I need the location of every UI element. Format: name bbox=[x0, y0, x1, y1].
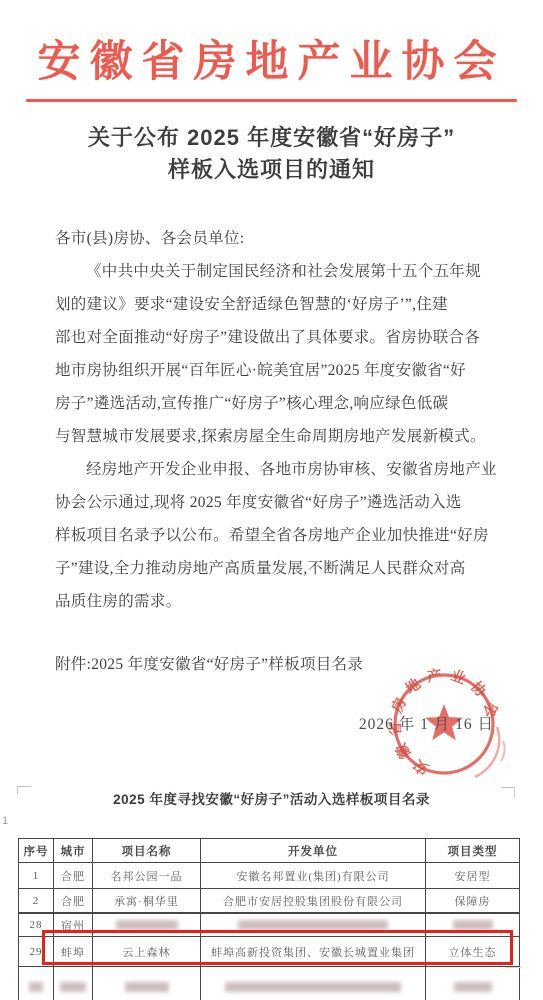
body-line: 地市房协组织开展“百年匠心·皖美宜居”2025 年度安徽省“好 bbox=[55, 354, 493, 387]
table-header-type: 项目类型 bbox=[426, 839, 519, 862]
redacted-text bbox=[60, 982, 86, 992]
appendix-table-bottom: 28宿州29蚌埠云上森林蚌埠高新投资集团、安徽长城置业集团立体生态 bbox=[18, 913, 520, 1000]
table-cell-developer: 合肥市安居控股集团股份有限公司 bbox=[201, 889, 426, 912]
body-line: 品质住房的需求。 bbox=[55, 585, 493, 618]
paragraphs: 《中共中央关于制定国民经济和社会发展第十五个五年规划的建议》要求“建设安全舒适绿… bbox=[55, 255, 493, 618]
body-line: 与智慧城市发展要求,探索房屋全生命周期房地产发展新模式。 bbox=[55, 420, 493, 453]
doc-title: 关于公布 2025 年度安徽省“好房子” 样板入选项目的通知 bbox=[0, 122, 543, 186]
table-cell-city: 合肥 bbox=[54, 863, 93, 888]
redacted-text bbox=[125, 982, 169, 992]
table-row bbox=[19, 967, 519, 1000]
table-cell-no: 28 bbox=[19, 914, 54, 936]
table-cell-name: 名邦公园一品 bbox=[93, 863, 201, 888]
table-row: 29蚌埠云上森林蚌埠高新投资集团、安徽长城置业集团立体生态 bbox=[19, 937, 519, 967]
redacted-text bbox=[454, 982, 492, 992]
seal-smudge bbox=[501, 741, 505, 761]
redacted-text bbox=[29, 982, 43, 992]
table-cell-no: 2 bbox=[19, 889, 54, 912]
redacted-text bbox=[225, 982, 401, 992]
body-line: 《中共中央关于制定国民经济和社会发展第十五个五年规 bbox=[55, 255, 493, 288]
table-cell-developer bbox=[201, 967, 426, 1000]
redacted-text bbox=[238, 920, 388, 930]
table-header-row: 序号城市项目名称开发单位项目类型 bbox=[19, 839, 519, 863]
seal-smudge bbox=[475, 727, 499, 777]
table-cell-type: 立体生态 bbox=[426, 937, 519, 966]
table-header-no: 序号 bbox=[19, 839, 54, 862]
table-cell-city: 合肥 bbox=[54, 889, 93, 912]
org-letterhead: 安徽省房地产业协会 bbox=[0, 28, 543, 89]
appendix-table-top: 序号城市项目名称开发单位项目类型1合肥名邦公园一品安徽名邦置业(集团)有限公司安… bbox=[18, 838, 520, 913]
table-cell-no: 1 bbox=[19, 863, 54, 888]
body-line: 经房地产开发企业申报、各地市房协审核、安徽省房地产业 bbox=[55, 453, 493, 486]
table-cell-city bbox=[54, 967, 93, 1000]
table-header-city: 城市 bbox=[54, 839, 93, 862]
table-cell-city: 蚌埠 bbox=[54, 937, 93, 966]
table-row: 28宿州 bbox=[19, 914, 519, 937]
table-cell-type bbox=[426, 914, 519, 936]
doc-title-line1: 关于公布 2025 年度安徽省“好房子” bbox=[0, 122, 543, 154]
table-cell-type bbox=[426, 967, 519, 1000]
table-cell-developer: 安徽名邦置业(集团)有限公司 bbox=[201, 863, 426, 888]
body-line: 样板项目名录予以公布。希望全省各房地产企业加快推进“好房 bbox=[55, 519, 493, 552]
salutation: 各市(县)房协、各会员单位: bbox=[55, 222, 493, 255]
table-cell-name bbox=[93, 967, 201, 1000]
document-page: 安徽省房地产业协会 关于公布 2025 年度安徽省“好房子” 样板入选项目的通知… bbox=[0, 0, 543, 1000]
table-row: 1合肥名邦公园一品安徽名邦置业(集团)有限公司安居型 bbox=[19, 863, 519, 889]
attachment-line: 附件:2025 年度安徽省“好房子”样板项目名录 bbox=[55, 652, 363, 674]
table-cell-name bbox=[93, 914, 201, 936]
table-header-developer: 开发单位 bbox=[201, 839, 426, 862]
table-cell-developer: 蚌埠高新投资集团、安徽长城置业集团 bbox=[201, 937, 426, 966]
scan-artifact-dash bbox=[505, 967, 521, 968]
redacted-text bbox=[116, 920, 178, 930]
table-cell-type: 安居型 bbox=[426, 863, 519, 888]
table-cell-no bbox=[19, 967, 54, 1000]
table-header-name: 项目名称 bbox=[93, 839, 201, 862]
table-cell-name: 云上森林 bbox=[93, 937, 201, 966]
body-line: 房子”遴选活动,宣传推广“好房子”核心理念,响应绿色低碳 bbox=[55, 387, 493, 420]
table-row: 2合肥承寓·桐华里合肥市安居控股集团股份有限公司保障房 bbox=[19, 889, 519, 912]
doc-body: 各市(县)房协、各会员单位: 《中共中央关于制定国民经济和社会发展第十五个五年规… bbox=[55, 222, 493, 618]
table-cell-type: 保障房 bbox=[426, 889, 519, 912]
table-cell-name: 承寓·桐华里 bbox=[93, 889, 201, 912]
issue-date: 2026 年 1 月 16 日 bbox=[359, 712, 494, 734]
letterhead-divider bbox=[26, 99, 517, 102]
doc-title-line2: 样板入选项目的通知 bbox=[0, 154, 543, 186]
scan-artifact-page-mark: 1 bbox=[2, 815, 8, 827]
body-line: 划的建议》要求“建设安全舒适绿色智慧的‘好房子’”,住建 bbox=[55, 288, 493, 321]
redacted-text bbox=[453, 920, 493, 930]
scan-artifact-left bbox=[17, 786, 31, 794]
body-line: 协会公示通过,现将 2025 年度安徽省“好房子”遴选活动入选 bbox=[55, 486, 493, 519]
table-cell-city: 宿州 bbox=[54, 914, 93, 936]
table-cell-no: 29 bbox=[19, 937, 54, 966]
body-line: 部也对全面推动“好房子”建设做出了具体要求。省房协联合各 bbox=[55, 321, 493, 354]
table-cell-developer bbox=[201, 914, 426, 936]
body-line: 子”建设,全力推动房地产高质量发展,不断满足人民群众对高 bbox=[55, 552, 493, 585]
